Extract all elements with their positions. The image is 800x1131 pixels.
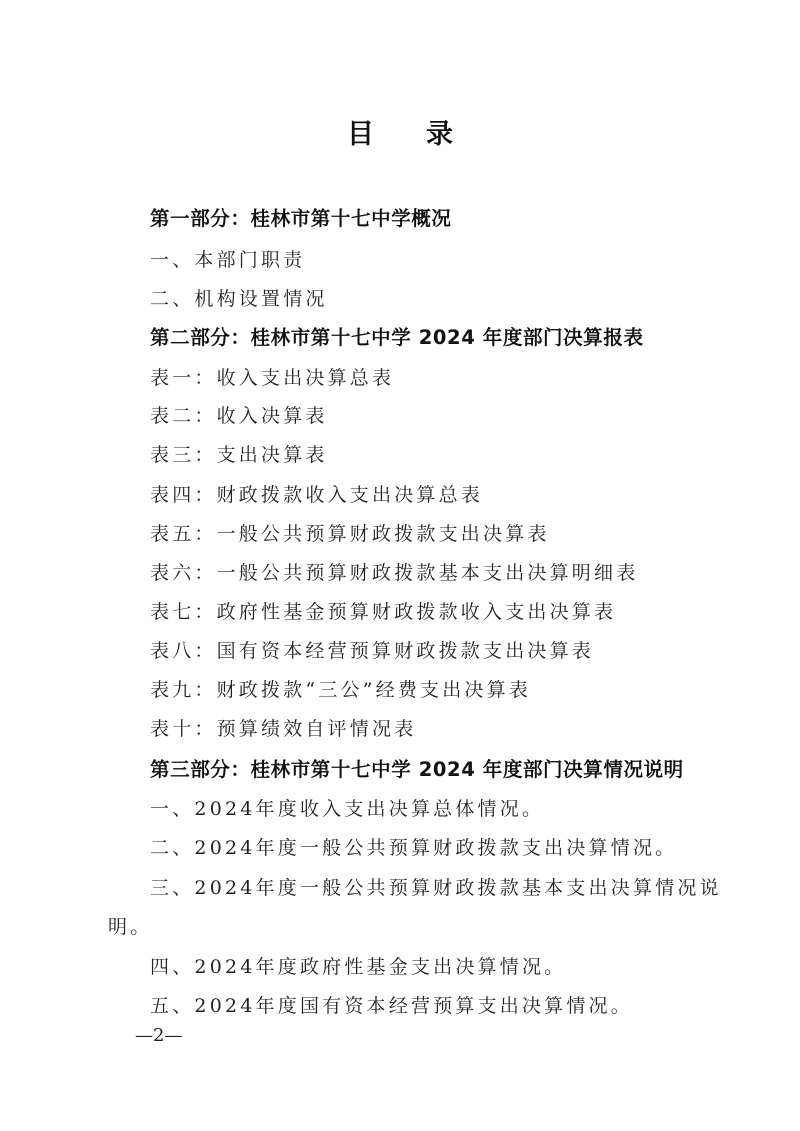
toc-item: 表五：一般公共预算财政拨款支出决算表: [150, 519, 550, 546]
toc-item: 三、2024年度一般公共预算财政拨款基本支出决算情况说: [150, 873, 722, 900]
toc-item: 表三：支出决算表: [150, 440, 328, 467]
toc-item: 二、机构设置情况: [150, 284, 328, 311]
document-page: 目录 第一部分：桂林市第十七中学概况 一、本部门职责 二、机构设置情况 第二部分…: [0, 0, 800, 1131]
part1-heading: 第一部分：桂林市第十七中学概况: [150, 203, 452, 231]
toc-item: 一、2024年度收入支出决算总体情况。: [150, 794, 544, 821]
toc-item: 表九：财政拨款“三公”经费支出决算表: [150, 675, 531, 702]
toc-item: 表四：财政拨款收入支出决算总表: [150, 480, 483, 507]
part2-heading: 第二部分：桂林市第十七中学 2024 年度部门决算报表: [150, 322, 644, 350]
toc-item: 五、2024年度国有资本经营预算支出决算情况。: [150, 991, 633, 1018]
toc-item: 表十：预算绩效自评情况表: [150, 714, 416, 741]
title-char-1: 目: [347, 119, 374, 150]
toc-item: 表七：政府性基金预算财政拨款收入支出决算表: [150, 597, 616, 624]
page-number: —2—: [135, 1025, 182, 1046]
toc-item-continuation: 明。: [108, 912, 152, 939]
toc-item: 表二：收入决算表: [150, 401, 328, 428]
toc-item: 表八：国有资本经营预算财政拨款支出决算表: [150, 636, 594, 663]
toc-item: 一、本部门职责: [150, 245, 305, 272]
title-char-2: 录: [426, 119, 453, 150]
toc-item: 四、2024年度政府性基金支出决算情况。: [150, 952, 566, 979]
toc-item: 表一：收入支出决算总表: [150, 363, 394, 390]
toc-item: 表六：一般公共预算财政拨款基本支出决算明细表: [150, 558, 638, 585]
toc-item: 二、2024年度一般公共预算财政拨款支出决算情况。: [150, 833, 677, 860]
page-title: 目录: [0, 112, 800, 151]
part3-heading: 第三部分：桂林市第十七中学 2024 年度部门决算情况说明: [150, 754, 684, 782]
